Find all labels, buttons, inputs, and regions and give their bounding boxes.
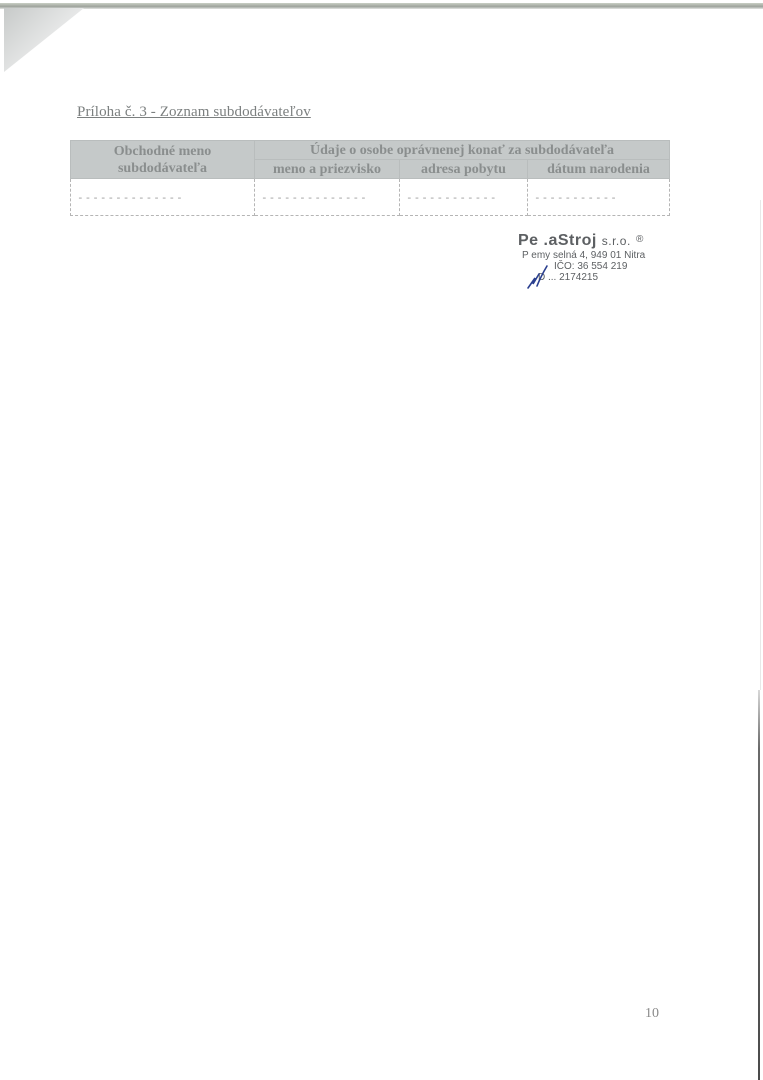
cell-name-surname: --------------: [255, 179, 400, 216]
cell-birth-date: -----------: [528, 179, 670, 216]
folded-corner: [4, 8, 84, 72]
header-name-surname: meno a priezvisko: [255, 160, 400, 179]
scan-right-edge-faint: [760, 200, 761, 690]
stamp-dic: D ... 2174215: [538, 272, 668, 283]
header-authorized-person: Údaje o osobe oprávnenej konať za subdod…: [255, 141, 670, 160]
scan-right-edge: [758, 690, 760, 1080]
registered-mark-icon: ®: [636, 234, 643, 245]
scan-top-edge: [0, 3, 763, 9]
header-company-name: Obchodné meno subdodávateľa: [71, 141, 255, 179]
header-birth-date: dátum narodenia: [528, 160, 670, 179]
stamp-address: P emy selná 4, 949 01 Nitra: [522, 250, 668, 261]
cell-address: ------------: [400, 179, 528, 216]
subcontractor-table: Obchodné meno subdodávateľa Údaje o osob…: [70, 140, 670, 216]
page-number: 10: [645, 1006, 659, 1022]
header-address: adresa pobytu: [400, 160, 528, 179]
cell-company-name: --------------: [71, 179, 255, 216]
stamp-ico: IČO: 36 554 219: [554, 261, 668, 272]
stamp-company-name: Pe .aStroj s.r.o.: [518, 232, 668, 250]
table-row: -------------- -------------- ----------…: [71, 179, 670, 216]
signature-icon: [525, 262, 555, 292]
annex-title: Príloha č. 3 - Zoznam subdodávateľov: [77, 104, 311, 121]
